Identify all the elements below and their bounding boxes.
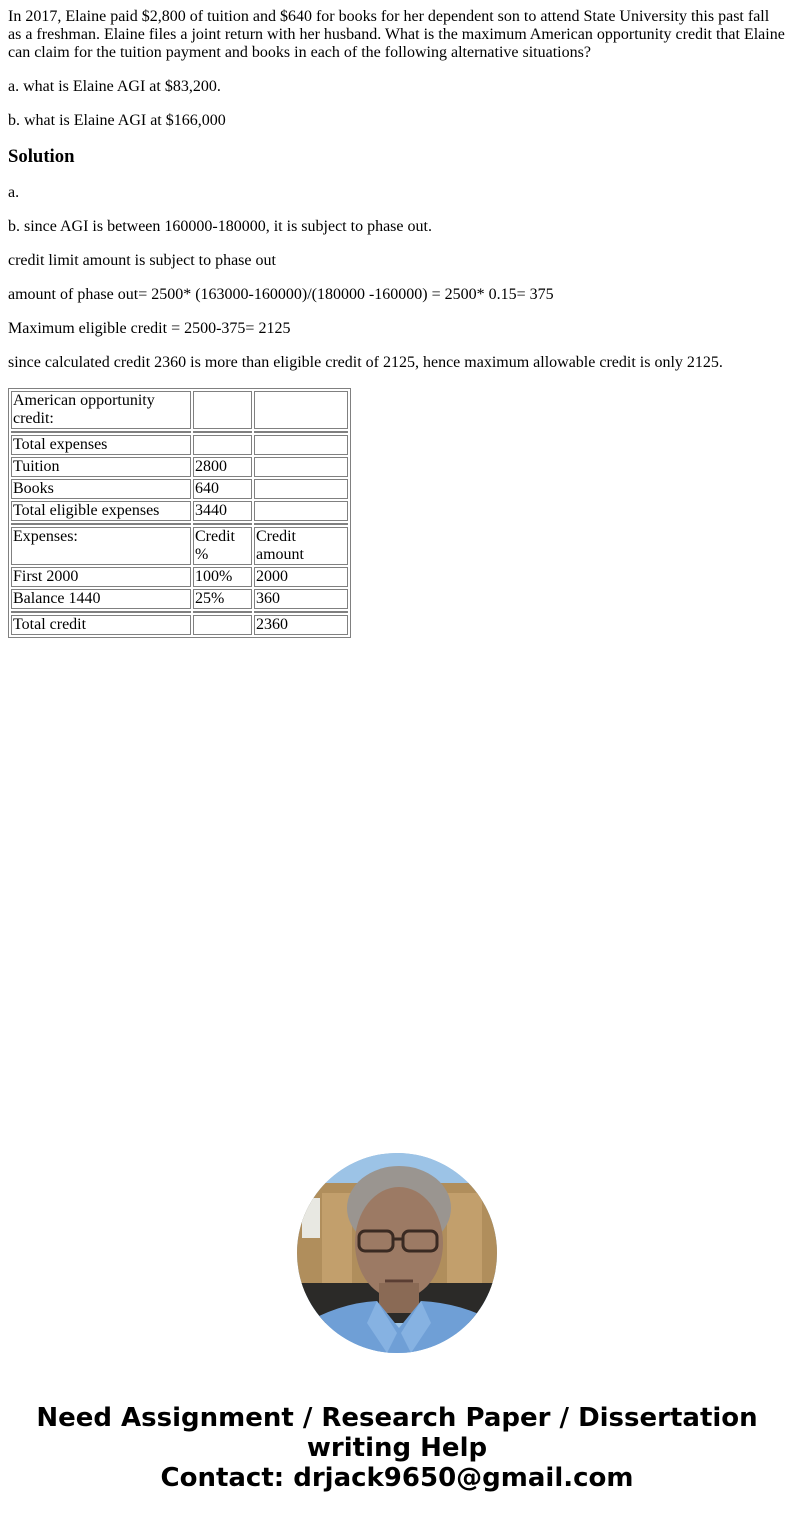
table-cell	[11, 431, 191, 433]
question-part-b: b. what is Elaine AGI at $166,000	[8, 112, 786, 130]
table-cell	[254, 479, 348, 499]
table-cell	[254, 611, 348, 613]
promo-banner: Need Assignment / Research Paper / Disse…	[0, 1403, 794, 1493]
table-separator-row	[11, 611, 348, 613]
table-cell	[254, 435, 348, 455]
table-cell: Books	[11, 479, 191, 499]
table-row: Expenses: Credit % Credit amount	[11, 527, 348, 565]
table-cell	[193, 435, 252, 455]
solution-line: since calculated credit 2360 is more tha…	[8, 354, 786, 372]
table-row: Books 640	[11, 479, 348, 499]
table-row: Total credit 2360	[11, 615, 348, 635]
table-cell	[254, 391, 348, 429]
table-cell: Total credit	[11, 615, 191, 635]
table-cell: 3440	[193, 501, 252, 521]
solution-line: Maximum eligible credit = 2500-375= 2125	[8, 320, 786, 338]
table-row: First 2000 100% 2000	[11, 567, 348, 587]
table-cell: 640	[193, 479, 252, 499]
table-row: Total expenses	[11, 435, 348, 455]
table-cell	[254, 431, 348, 433]
solution-line: b. since AGI is between 160000-180000, i…	[8, 218, 786, 236]
table-cell: American opportunity credit:	[11, 391, 191, 429]
table-cell: Balance 1440	[11, 589, 191, 609]
table-separator-row	[11, 431, 348, 433]
table-cell: Total eligible expenses	[11, 501, 191, 521]
table-cell: Expenses:	[11, 527, 191, 565]
table-cell	[193, 523, 252, 525]
table-cell: First 2000	[11, 567, 191, 587]
table-cell: 2360	[254, 615, 348, 635]
table-cell	[254, 501, 348, 521]
table-row: American opportunity credit:	[11, 391, 348, 429]
table-cell: 360	[254, 589, 348, 609]
solution-heading: Solution	[8, 146, 786, 168]
credit-calculation-table: American opportunity credit: Total expen…	[8, 388, 351, 638]
table-cell: Credit amount	[254, 527, 348, 565]
table-cell	[193, 391, 252, 429]
question-text: In 2017, Elaine paid $2,800 of tuition a…	[8, 8, 786, 62]
table-cell	[193, 431, 252, 433]
table-cell	[254, 523, 348, 525]
table-cell	[193, 611, 252, 613]
document-body: In 2017, Elaine paid $2,800 of tuition a…	[8, 8, 786, 638]
solution-line: credit limit amount is subject to phase …	[8, 252, 786, 270]
table-cell	[254, 457, 348, 477]
promo-line: writing Help	[0, 1433, 794, 1463]
table-cell	[193, 615, 252, 635]
table-cell: Tuition	[11, 457, 191, 477]
tutor-avatar	[297, 1153, 497, 1353]
table-row: Balance 1440 25% 360	[11, 589, 348, 609]
table-cell: 100%	[193, 567, 252, 587]
person-portrait-icon	[297, 1153, 497, 1353]
table-row: Tuition 2800	[11, 457, 348, 477]
table-cell: Total expenses	[11, 435, 191, 455]
contact-email: Contact: drjack9650@gmail.com	[0, 1463, 794, 1493]
table-cell: 2000	[254, 567, 348, 587]
question-part-a: a. what is Elaine AGI at $83,200.	[8, 78, 786, 96]
table-cell: Credit %	[193, 527, 252, 565]
table-cell: 2800	[193, 457, 252, 477]
solution-line: amount of phase out= 2500* (163000-16000…	[8, 286, 786, 304]
table-separator-row	[11, 523, 348, 525]
table-cell	[11, 611, 191, 613]
table-row: Total eligible expenses 3440	[11, 501, 348, 521]
promo-line: Need Assignment / Research Paper / Disse…	[0, 1403, 794, 1433]
table-cell	[11, 523, 191, 525]
solution-line: a.	[8, 184, 786, 202]
table-cell: 25%	[193, 589, 252, 609]
